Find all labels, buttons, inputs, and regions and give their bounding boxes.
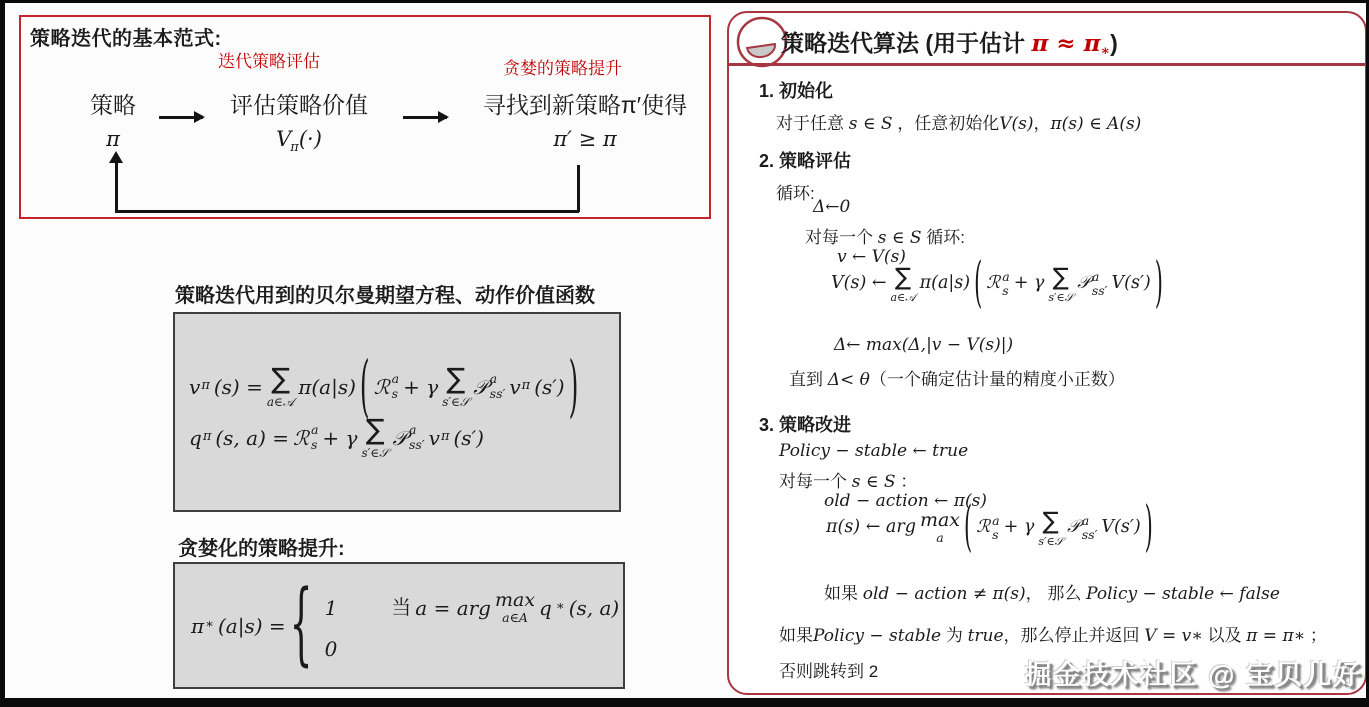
sum-limit: s′∈𝒮	[1038, 536, 1063, 547]
cases-block: 1 当 a = arg maxa∈A q∗ (s, a) 0	[323, 591, 622, 661]
foreach-line: 对每一个 s ∈ S 循环:	[805, 223, 965, 248]
label-iterative-policy-evaluation: 迭代策略评估	[218, 47, 320, 72]
math-token: π(a|s)	[920, 274, 970, 293]
math-token: π	[203, 430, 212, 444]
math-token: a	[1092, 270, 1099, 284]
text: 对每一个	[805, 228, 878, 247]
init-line: 对于任意 s ∈ S ，任意初始化V(s)，π(s) ∈ A(s)	[776, 109, 1141, 134]
math-token: + γ	[403, 376, 438, 398]
math-token: 1	[325, 597, 338, 619]
math-token: ℛ	[976, 518, 990, 537]
math-token: a = arg	[415, 597, 491, 619]
math-token: s	[392, 387, 398, 401]
sigma-icon: ∑	[271, 365, 290, 393]
math-token: + γ	[1004, 518, 1035, 537]
label-greedy-policy-improvement: 贪婪的策略提升	[503, 54, 622, 79]
formula-line: V(s) ← ∑a∈𝒜 π(a|s) ( ℛ as + γ ∑s′∈𝒮 𝒫 as…	[829, 265, 1165, 303]
math-token: ℛ	[986, 274, 1000, 293]
math-token: s ∈ S	[852, 472, 896, 492]
math-token: a	[1082, 514, 1089, 528]
math-token: ss′	[490, 387, 506, 401]
supsub: as	[992, 514, 999, 543]
sigma-icon: ∑	[1043, 509, 1059, 533]
math-token: s	[992, 528, 998, 542]
text: ：	[896, 472, 918, 491]
delta-max-line: Δ← max(Δ,|v − V(s)|)	[834, 335, 1013, 355]
flow-step-improve-label: 寻找到新策略π′使得	[457, 87, 713, 120]
panel-title-math-sub: ∗	[1100, 43, 1110, 59]
text: 直到	[789, 370, 828, 389]
supsub: ass′	[1092, 270, 1108, 299]
max-limit: a	[936, 532, 943, 545]
math-token: + γ	[322, 427, 357, 449]
flow-step-policy: 策略 π	[63, 87, 163, 151]
sum-symbol: ∑s′∈𝒮	[1038, 509, 1063, 547]
math-token: old − action ≠ π(s)	[863, 584, 1026, 604]
math-token: + γ	[1014, 274, 1045, 293]
sigma-icon: ∑	[1053, 265, 1069, 289]
when-label: 当	[391, 597, 411, 619]
math-token: (s, a)	[569, 597, 620, 619]
math-token: a	[490, 372, 497, 386]
until-line: 直到 Δ< θ（一个确定估计量的精度小正数）	[789, 365, 1125, 390]
supsub: as	[1002, 270, 1009, 299]
supsub: ass′	[490, 372, 506, 401]
math-token: Policy − stable ← false	[1086, 584, 1280, 604]
max-block: maxa∈A	[495, 591, 535, 625]
big-brace: {	[290, 576, 313, 675]
math-token: (s, a) =	[215, 427, 289, 449]
math-token: a	[392, 372, 399, 386]
supsub: ass′	[1082, 514, 1098, 543]
supsub: as	[311, 423, 318, 452]
math-token: a	[409, 423, 416, 437]
math-token: ℛ	[293, 427, 309, 449]
delta-init: Δ←0	[813, 197, 850, 217]
math-token: V(s) ←	[831, 274, 887, 293]
sum-symbol: ∑a∈𝒜	[267, 365, 294, 408]
big-paren: )	[1145, 498, 1153, 558]
sum-limit: s′∈𝒮	[442, 396, 469, 408]
formula-q-pi: qπ (s, a) = ℛ as + γ ∑s′∈𝒮 𝒫 ass′ vπ (s′…	[187, 416, 607, 459]
sum-symbol: ∑a∈𝒜	[891, 265, 916, 303]
math-token: π	[522, 379, 531, 393]
big-paren: (	[964, 498, 972, 558]
math-token: a	[1002, 270, 1009, 284]
formula-v-update: V(s) ← ∑a∈𝒜 π(a|s) ( ℛ as + γ ∑s′∈𝒮 𝒫 as…	[829, 265, 1165, 303]
text: ，那么停止并返回	[1004, 626, 1145, 645]
big-paren: )	[569, 349, 579, 423]
section-3-heading: 3. 策略改进	[759, 411, 851, 437]
loop-arrow-segment	[115, 210, 579, 213]
paradigm-box: 策略迭代的基本范式: 迭代策略评估 贪婪的策略提升 策略 π 评估策略价值 Vπ…	[19, 15, 711, 219]
panel-title: 策略迭代算法 (用于估计 π ≈ π∗)	[781, 25, 1118, 59]
math-token: a	[311, 423, 318, 437]
text: 如果	[779, 626, 813, 645]
math-token: ∗	[205, 618, 214, 632]
sum-limit: s′∈𝒮	[1048, 292, 1073, 303]
math-token: max	[920, 511, 960, 530]
section-2-heading: 2. 策略评估	[759, 147, 851, 173]
math-token: ∗	[556, 600, 565, 614]
text: ， 那么	[1026, 584, 1086, 603]
greedy-heading: 贪婪化的策略提升:	[178, 532, 345, 561]
math-token: max	[495, 591, 535, 610]
title-divider	[729, 63, 1365, 66]
panel-title-close: )	[1110, 30, 1118, 56]
sigma-icon: ∑	[895, 265, 911, 289]
math-token: V = v∗	[1144, 626, 1203, 646]
math-token: (s′)	[454, 427, 484, 449]
math-token: 𝒫	[1067, 518, 1080, 537]
math-token: ss′	[1092, 284, 1108, 298]
sum-limit: a∈𝒜	[267, 396, 294, 408]
math-token: s ∈ S	[849, 114, 893, 134]
slide-screen: 策略迭代的基本范式: 迭代策略评估 贪婪的策略提升 策略 π 评估策略价值 Vπ…	[0, 0, 1369, 707]
math-token: true	[968, 626, 1004, 646]
math-token: π	[290, 140, 299, 155]
math-token: π	[441, 430, 450, 444]
math-token: π(s) ← arg	[826, 518, 916, 537]
formula-pi-update: π(s) ← arg maxa ( ℛ as + γ ∑s′∈𝒮 𝒫 ass′ …	[824, 509, 1155, 547]
math-token: v	[429, 427, 440, 449]
text: 对于任意	[776, 114, 849, 133]
sum-limit: a∈𝒜	[891, 292, 916, 303]
math-token: v	[509, 376, 520, 398]
watermark: 掘金技术社区 @ 宝贝儿好	[1025, 653, 1362, 692]
flow-step-evaluate-label: 评估策略价值	[199, 87, 399, 120]
math-token: (s′)	[534, 376, 564, 398]
math-token: v	[189, 376, 200, 398]
flow-arrow-2	[403, 116, 447, 119]
text: ，	[1034, 114, 1051, 133]
big-paren: )	[1155, 254, 1163, 314]
math-token: s ∈ S	[878, 228, 922, 248]
math-token: s	[1002, 284, 1008, 298]
flow-arrow-1	[159, 116, 203, 119]
flow-step-evaluate-symbol: Vπ(·)	[199, 127, 399, 155]
bellman-formula-box: vπ (s) = ∑a∈𝒜 π(a|s) ( ℛ as + γ ∑s′∈𝒮 𝒫 …	[173, 312, 621, 512]
bellman-heading: 策略迭代用到的贝尔曼期望方程、动作价值函数	[175, 279, 595, 308]
math-token: 𝒫	[473, 376, 487, 398]
supsub: ass′	[409, 423, 425, 452]
sigma-icon: ∑	[446, 365, 465, 393]
section-1-heading: 1. 初始化	[759, 77, 833, 103]
math-token: π(s) ∈ A(s)	[1051, 114, 1142, 134]
case-row: 0	[323, 638, 622, 660]
flow-step-improve: 寻找到新策略π′使得 π′ ≥ π	[457, 87, 713, 151]
math-token: V(s′)	[1101, 518, 1140, 537]
big-paren: (	[360, 349, 370, 423]
math-token: π(a|s)	[298, 376, 356, 398]
math-token: 0	[325, 638, 338, 660]
loop-arrowhead	[109, 151, 123, 163]
old-action-line: old − action ← π(s)	[824, 491, 987, 511]
greedy-formula-box: π∗ (a|s) = { 1 当 a = arg maxa∈A q∗ (s, a…	[173, 562, 625, 689]
panel-title-math: π ≈ π	[1031, 30, 1100, 57]
flow-step-improve-symbol: π′ ≥ π	[457, 127, 713, 151]
math-token: (·)	[299, 127, 322, 151]
text: ；	[1305, 626, 1327, 645]
math-token: V(s)	[999, 114, 1033, 134]
text: 为	[941, 626, 967, 645]
sum-symbol: ∑s′∈𝒮	[1048, 265, 1073, 303]
loop-arrow-segment	[577, 165, 580, 212]
case-row: 1 当 a = arg maxa∈A q∗ (s, a)	[323, 591, 622, 625]
text: 如果	[824, 584, 863, 603]
math-token: a	[992, 514, 999, 528]
text: 循环:	[922, 228, 965, 247]
if-line: 如果 old − action ≠ π(s)， 那么 Policy − stab…	[824, 579, 1280, 604]
flow-step-policy-symbol: π	[63, 127, 163, 151]
flow-step-policy-label: 策略	[63, 87, 163, 120]
text: ，任意初始化	[893, 114, 1000, 133]
flow-step-evaluate: 评估策略价值 Vπ(·)	[199, 87, 399, 155]
math-token: V(s′)	[1112, 274, 1151, 293]
formula-line: π(s) ← arg maxa ( ℛ as + γ ∑s′∈𝒮 𝒫 ass′ …	[824, 509, 1155, 547]
sum-limit: s′∈𝒮	[361, 447, 388, 459]
algorithm-panel: 策略迭代算法 (用于估计 π ≈ π∗) 1. 初始化 对于任意 s ∈ S ，…	[727, 11, 1367, 695]
math-token: V	[276, 127, 291, 151]
else-line: 否则跳转到 2	[779, 657, 878, 682]
math-token: π = π∗	[1246, 626, 1305, 646]
big-paren: (	[974, 254, 982, 314]
loop-label: 循环:	[776, 179, 815, 204]
math-token: Δ< θ	[828, 370, 870, 390]
math-token: (a|s) =	[218, 615, 286, 637]
math-token: ℛ	[374, 376, 390, 398]
supsub: as	[392, 372, 399, 401]
math-token: π	[191, 615, 204, 637]
max-limit: a∈A	[502, 612, 528, 625]
math-token: 𝒫	[1077, 274, 1090, 293]
panel-title-text: 策略迭代算法 (用于估计	[781, 30, 1031, 56]
loop-arrow-segment	[115, 163, 118, 212]
max-block: maxa	[920, 511, 960, 545]
paradigm-title: 策略迭代的基本范式:	[30, 22, 222, 51]
math-token: ss′	[409, 438, 425, 452]
math-token: Policy − stable	[813, 626, 941, 646]
final-return-line: 如果Policy − stable 为 true，那么停止并返回 V = v∗ …	[779, 621, 1327, 646]
text: 对每一个	[779, 472, 852, 491]
math-token: π	[201, 379, 210, 393]
text: 以及	[1203, 626, 1246, 645]
formula-v-pi: vπ (s) = ∑a∈𝒜 π(a|s) ( ℛ as + γ ∑s′∈𝒮 𝒫 …	[187, 365, 607, 408]
math-token: q	[189, 427, 202, 449]
foreach-line: 对每一个 s ∈ S ：	[779, 467, 917, 492]
math-token: s	[311, 438, 317, 452]
policy-stable-true-line: Policy − stable ← true	[779, 441, 968, 461]
math-token: 𝒫	[393, 427, 407, 449]
sum-symbol: ∑s′∈𝒮	[442, 365, 469, 408]
formula-pi-star: π∗ (a|s) = { 1 当 a = arg maxa∈A q∗ (s, a…	[189, 591, 623, 661]
math-token: (s) =	[214, 376, 263, 398]
math-token: ss′	[1082, 528, 1098, 542]
text: （一个确定估计量的精度小正数）	[870, 370, 1125, 389]
math-token: q	[539, 597, 552, 619]
